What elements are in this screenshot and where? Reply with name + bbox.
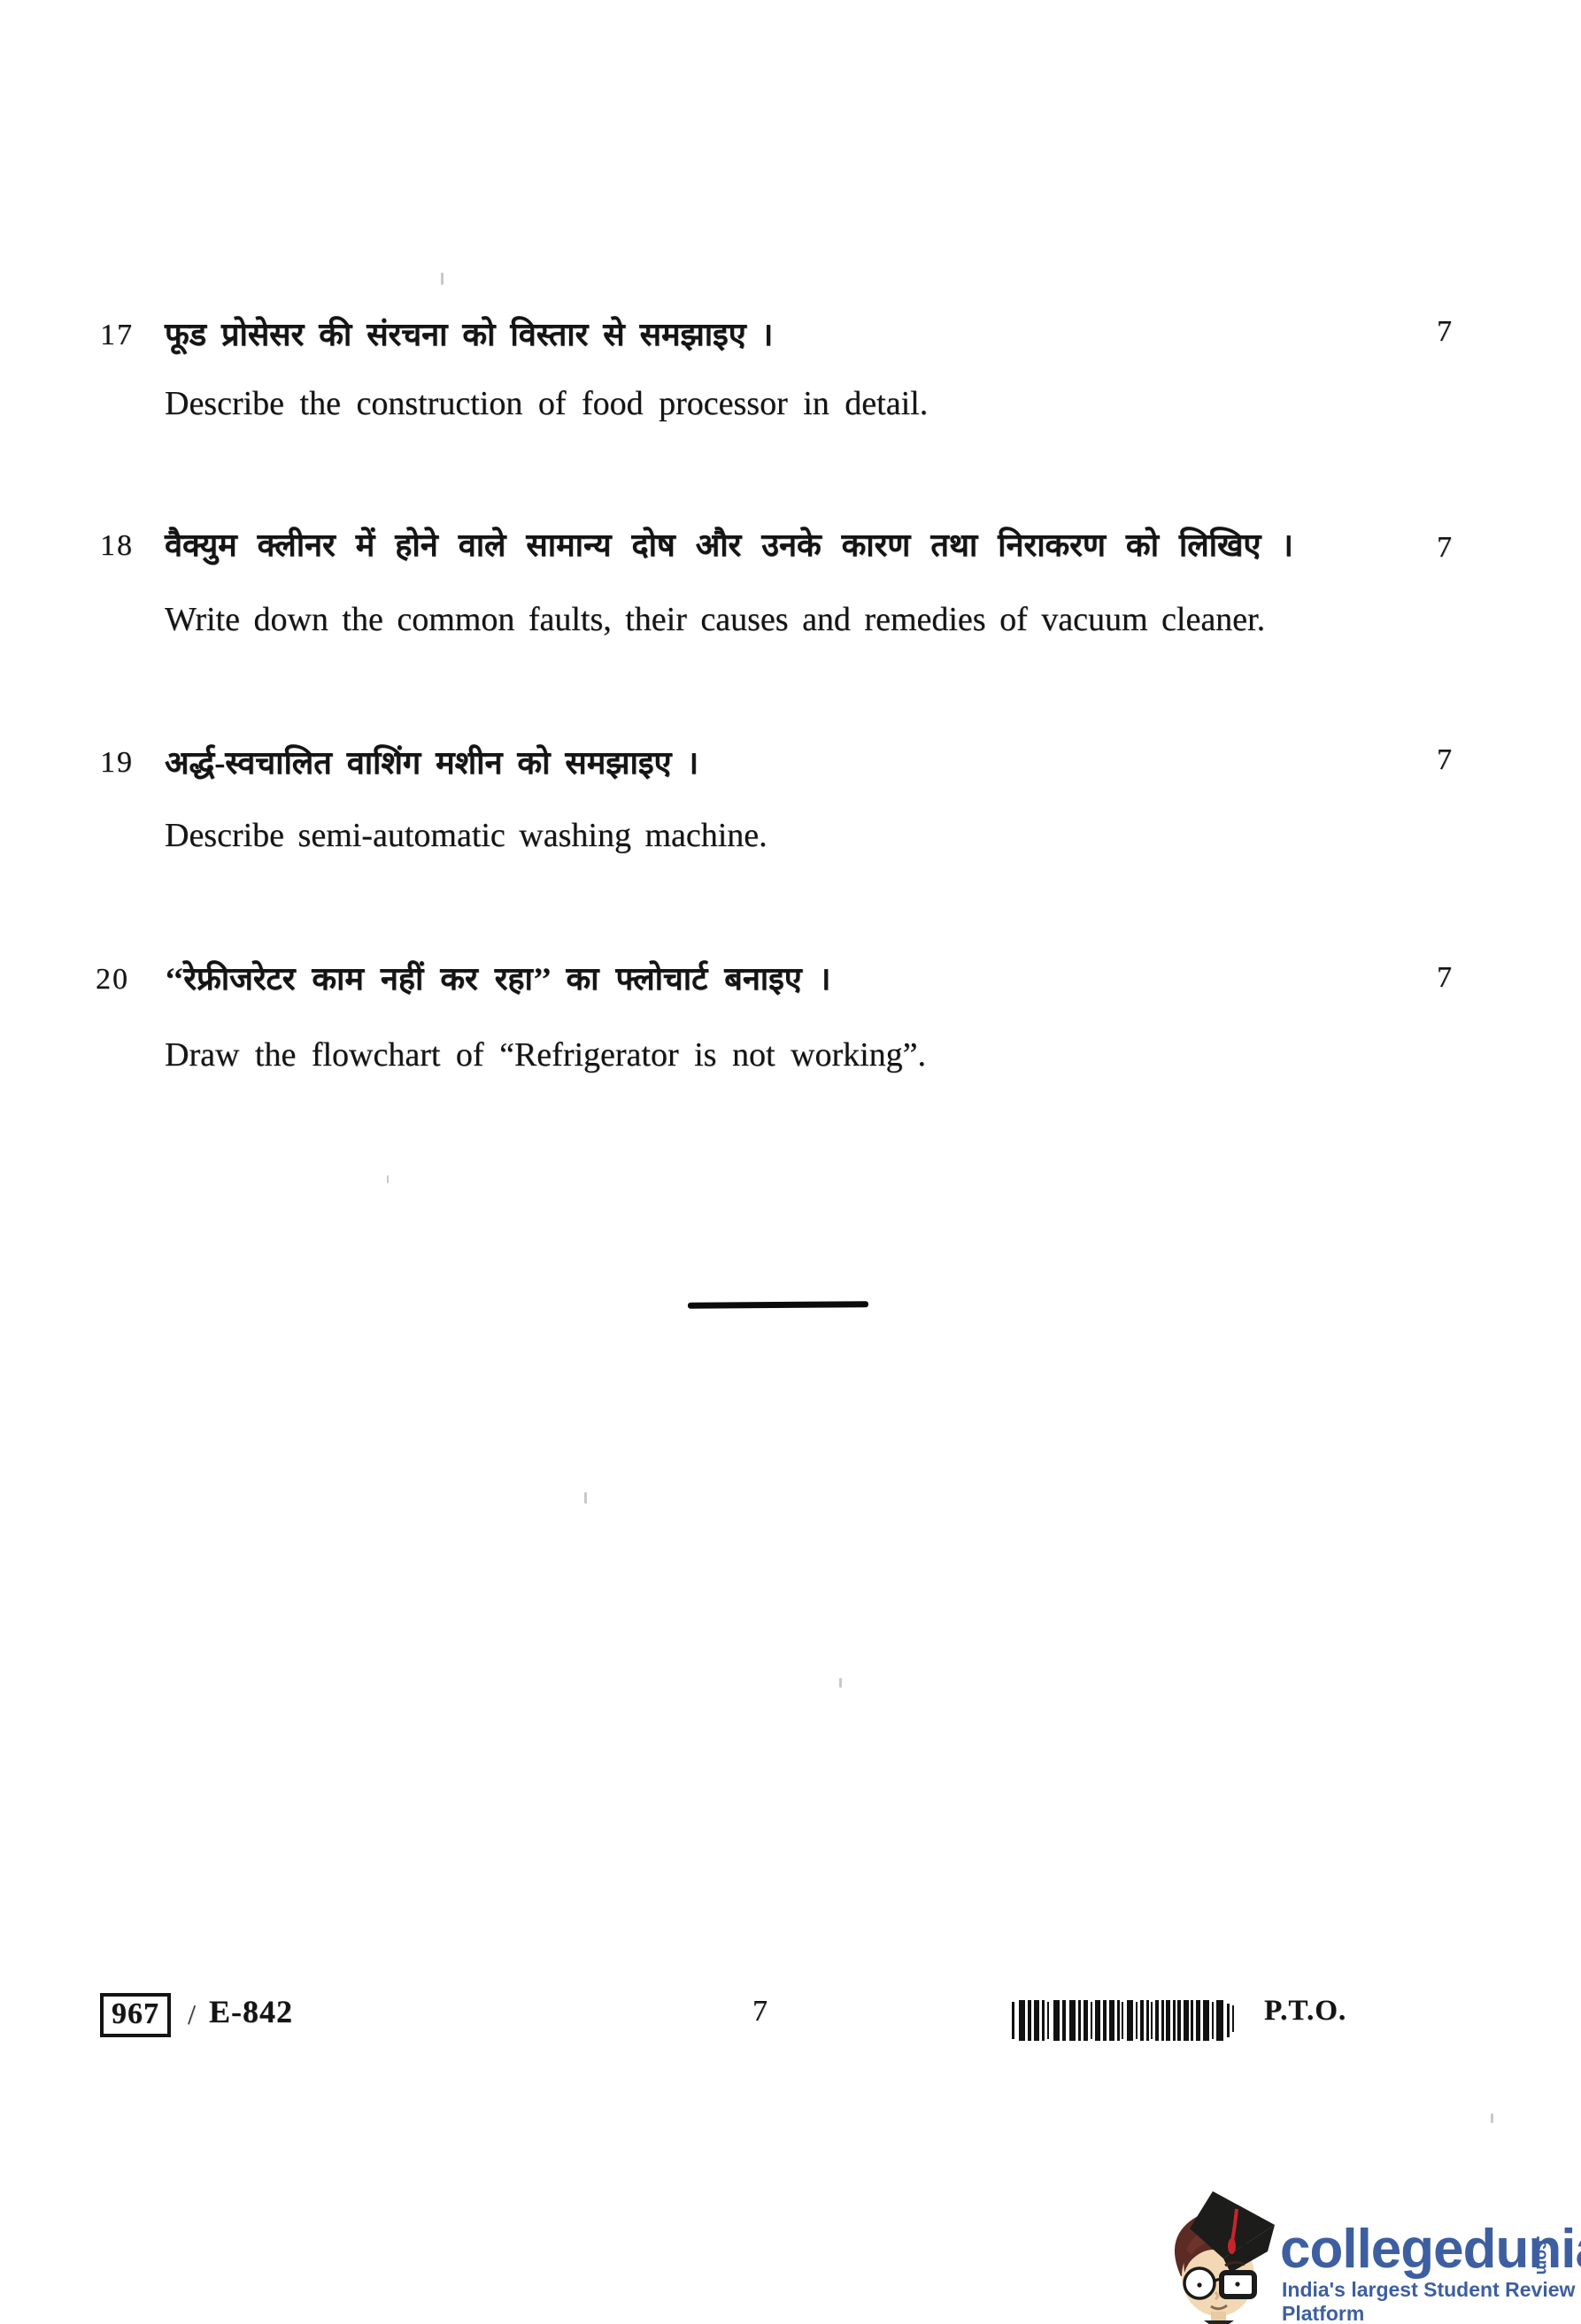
pto-label: P.T.O. (1264, 1995, 1346, 2028)
exam-paper-page: 17 फूड प्रोसेसर की संरचना को विस्तार से … (0, 0, 1581, 2324)
question-text-english: Describe semi-automatic washing machine. (165, 816, 767, 855)
collegedunia-tagline: India's largest Student Review Platform (1282, 2278, 1581, 2324)
scan-speck (1491, 2113, 1493, 2123)
booklet-code: 967 (112, 1997, 159, 2030)
question-marks: 7 (1413, 315, 1452, 349)
scan-speck (584, 1492, 587, 1504)
question-number: 18 (100, 529, 134, 563)
question-text-english: Describe the construction of food proces… (165, 384, 928, 423)
question-text-hindi: अर्द्ध-स्वचालित वाशिंग मशीन को समझाइए । (165, 740, 698, 783)
scan-speck (441, 273, 443, 285)
page-number: 7 (752, 1995, 767, 2028)
question-marks: 7 (1413, 531, 1452, 565)
question-number: 17 (100, 319, 134, 352)
collegedunia-tld: .com (1531, 2236, 1551, 2274)
barcode (1012, 2000, 1240, 2041)
footer-separator: / (188, 1998, 196, 2031)
question-text-english: Draw the flowchart of “Refrigerator is n… (165, 1035, 926, 1074)
collegedunia-logo: collegedunia .com India's largest Studen… (1140, 2158, 1581, 2324)
question-number: 20 (96, 963, 129, 997)
scan-speck (387, 1175, 389, 1183)
booklet-code-box: 967 (100, 1993, 171, 2037)
scan-speck (839, 1678, 842, 1688)
question-text-hindi: वैक्युम क्लीनर में होने वाले सामान्य दोष… (165, 522, 1293, 566)
section-divider-line (688, 1301, 868, 1308)
question-text-english: Write down the common faults, their caus… (165, 600, 1265, 639)
question-text-hindi: ‘‘रेफ्रीजरेटर काम नहीं कर रहा’’ का फ्लोच… (165, 956, 830, 999)
mascot-icon (1167, 2191, 1278, 2324)
paper-code: E-842 (209, 1993, 293, 2030)
question-number: 19 (100, 746, 134, 780)
question-marks: 7 (1413, 743, 1452, 777)
question-text-hindi: फूड प्रोसेसर की संरचना को विस्तार से समझ… (165, 312, 773, 355)
question-marks: 7 (1413, 961, 1452, 995)
